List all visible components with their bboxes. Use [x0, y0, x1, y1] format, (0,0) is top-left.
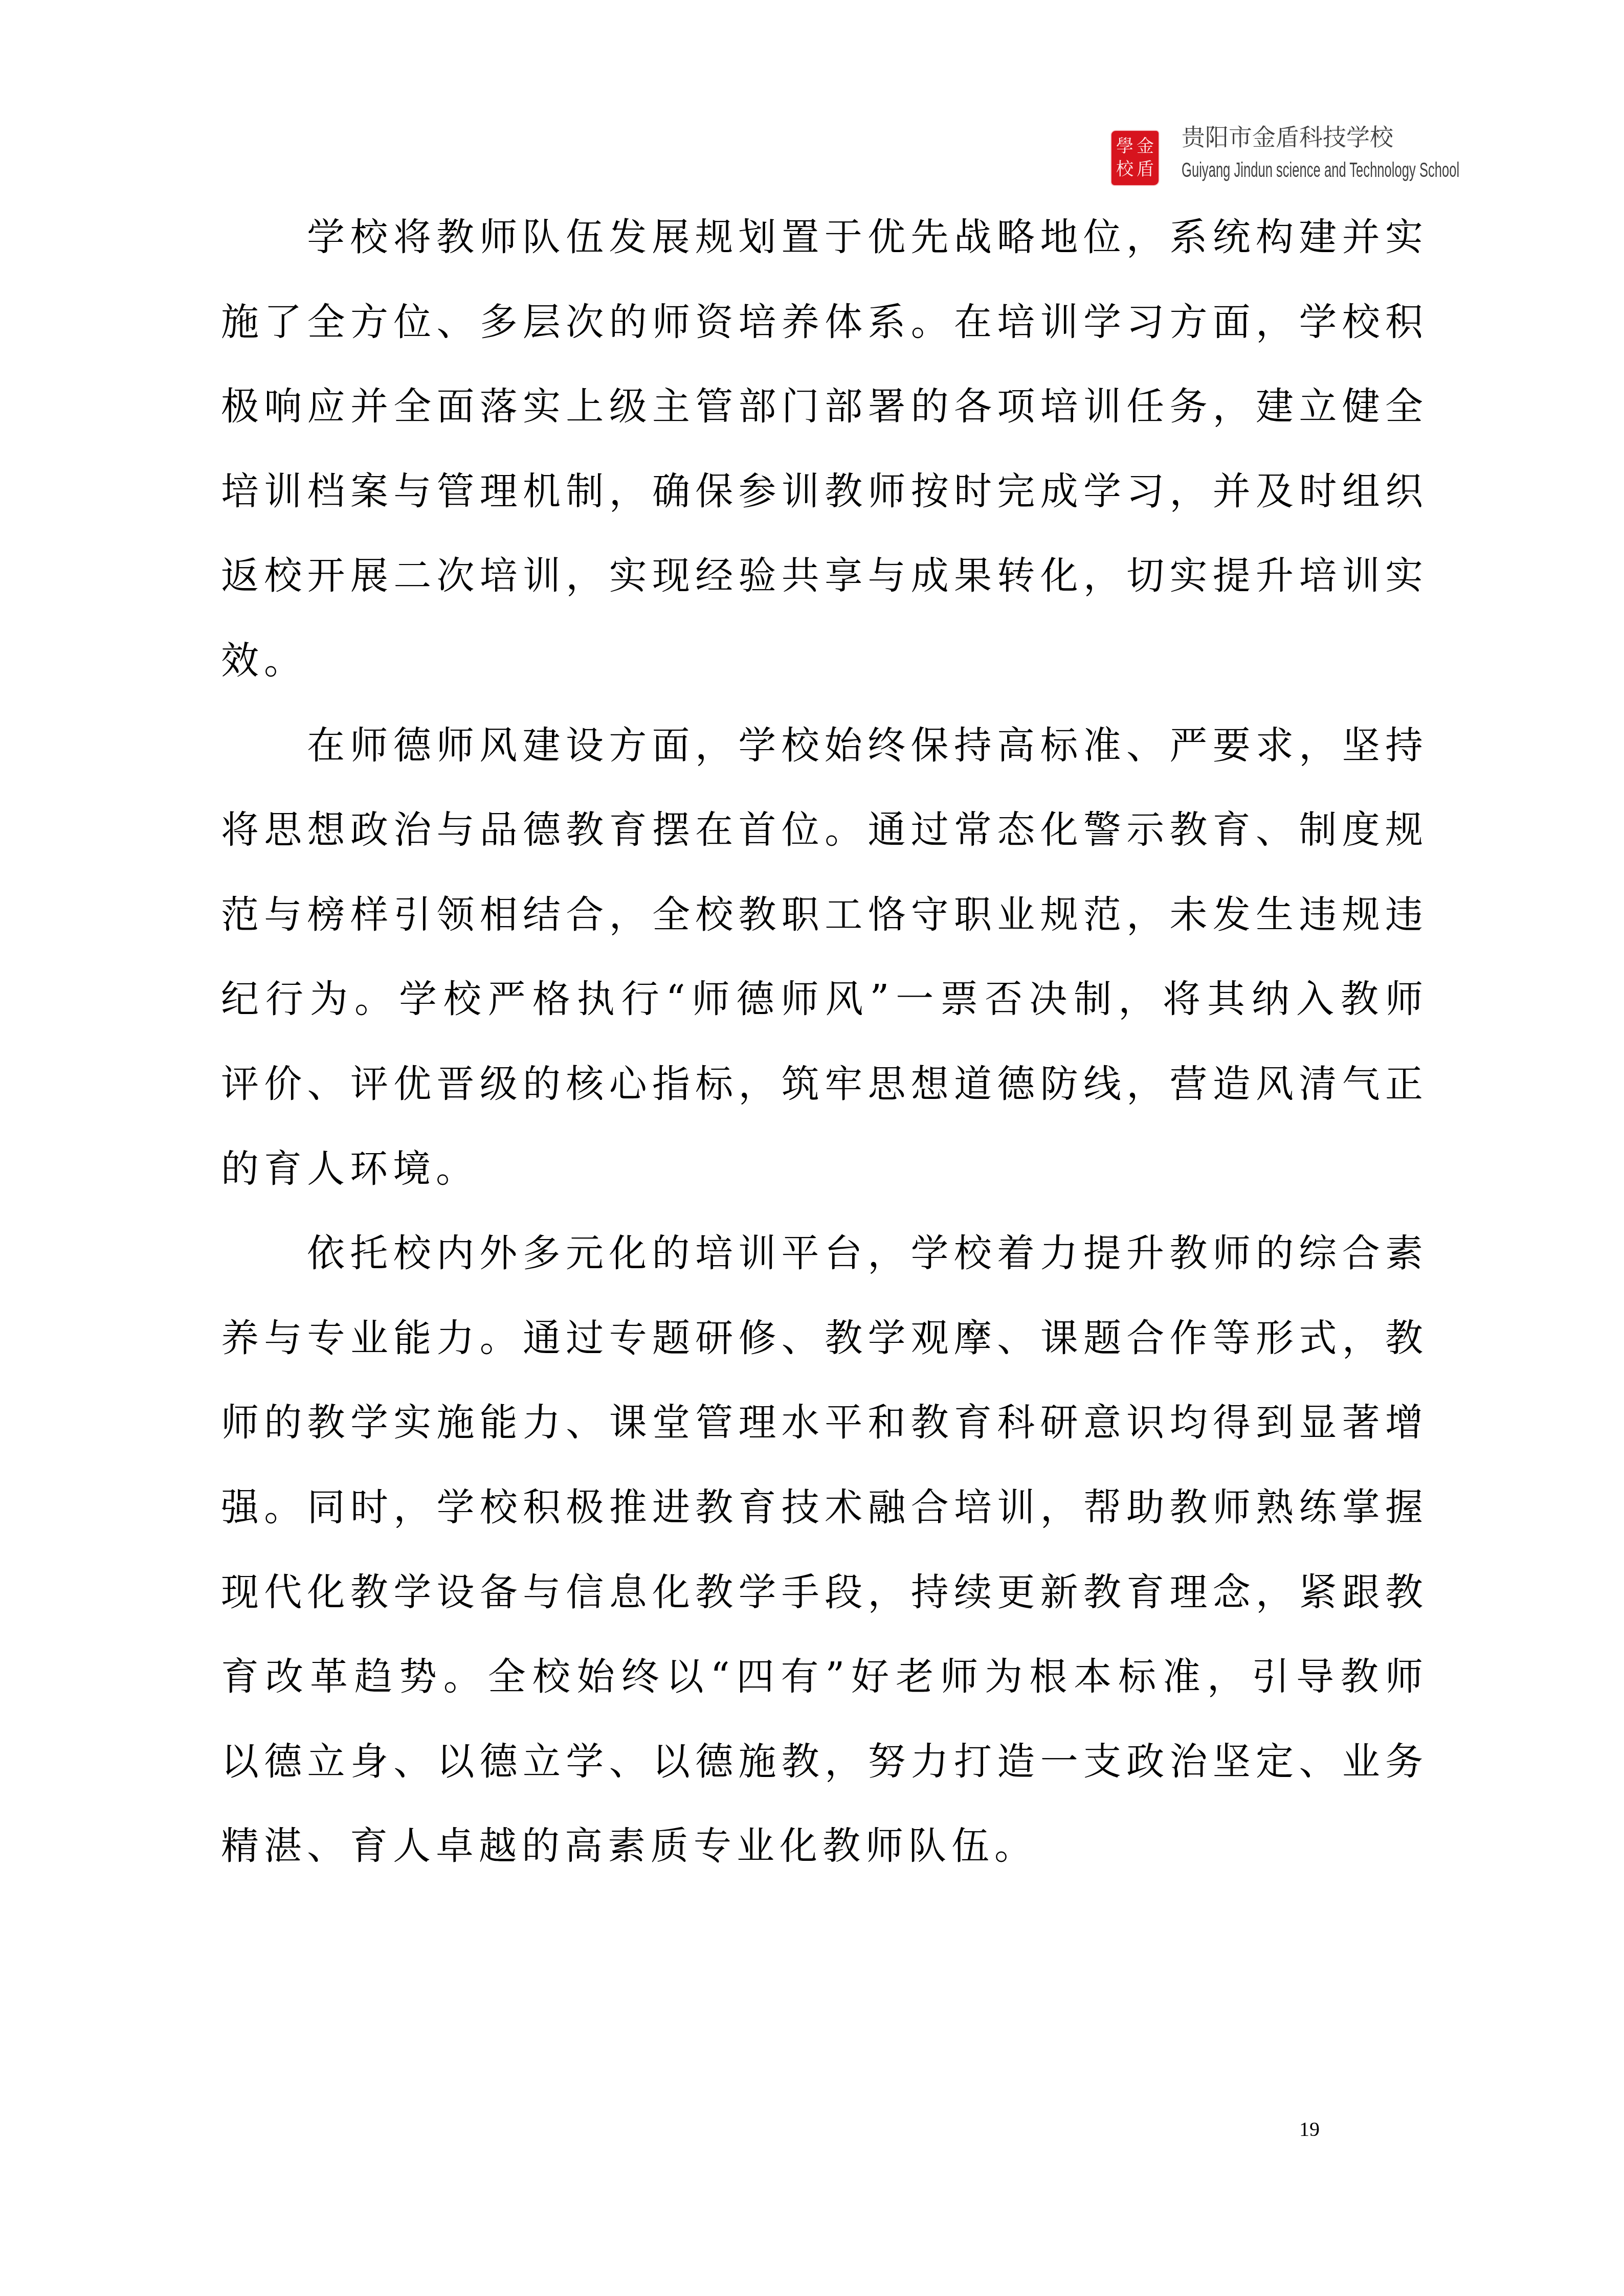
paragraph: 在师德师风建设方面，学校始终保持高标准、严要求，坚持 将思想政治与品德教育摆在首… — [221, 704, 1428, 1212]
school-name-chinese: 贵阳市金盾科技学校 — [1182, 123, 1393, 151]
document-page: 學 金 校 盾 贵阳市金盾科技学校 Guiyang Jindun science… — [0, 0, 1624, 2296]
text-line: 评价、评优晋级的核心指标，筑牢思想道德防线，营造风清气正 — [221, 1042, 1428, 1127]
text-line: 的育人环境。 — [221, 1127, 1428, 1212]
text-line: 依托校内外多元化的培训平台，学校着力提升教师的综合素 — [221, 1211, 1428, 1296]
text-line: 纪行为。学校严格执行“师德师风”一票否决制，将其纳入教师 — [221, 957, 1428, 1042]
text-line: 学校将教师队伍发展规划置于优先战略地位，系统构建并实 — [221, 195, 1428, 280]
text-line: 精湛、育人卓越的高素质专业化教师队伍。 — [221, 1804, 1428, 1889]
school-name-english: Guiyang Jindun science and Technology Sc… — [1182, 159, 1459, 182]
text-line: 在师德师风建设方面，学校始终保持高标准、严要求，坚持 — [221, 704, 1428, 789]
seal-char: 學 — [1115, 135, 1135, 158]
page-header: 學 金 校 盾 贵阳市金盾科技学校 Guiyang Jindun science… — [1109, 123, 1426, 189]
text-line: 师的教学实施能力、课堂管理水平和教育科研意识均得到显著增 — [221, 1381, 1428, 1466]
paragraph: 学校将教师队伍发展规划置于优先战略地位，系统构建并实 施了全方位、多层次的师资培… — [221, 195, 1428, 704]
school-seal-logo: 學 金 校 盾 — [1111, 131, 1159, 185]
seal-char: 金 — [1135, 135, 1155, 158]
text-line: 范与榜样引领相结合，全校教职工恪守职业规范，未发生违规违 — [221, 873, 1428, 958]
text-line: 现代化教学设备与信息化教学手段，持续更新教育理念，紧跟教 — [221, 1550, 1428, 1635]
seal-char: 盾 — [1135, 158, 1155, 181]
seal-char: 校 — [1115, 158, 1135, 181]
document-body: 学校将教师队伍发展规划置于优先战略地位，系统构建并实 施了全方位、多层次的师资培… — [221, 195, 1428, 1889]
text-line: 将思想政治与品德教育摆在首位。通过常态化警示教育、制度规 — [221, 788, 1428, 873]
text-line: 极响应并全面落实上级主管部门部署的各项培训任务，建立健全 — [221, 365, 1428, 449]
text-line: 强。同时，学校积极推进教育技术融合培训，帮助教师熟练掌握 — [221, 1466, 1428, 1550]
text-line: 以德立身、以德立学、以德施教，努力打造一支政治坚定、业务 — [221, 1720, 1428, 1805]
text-line: 效。 — [221, 619, 1428, 704]
text-line: 返校开展二次培训，实现经验共享与成果转化，切实提升培训实 — [221, 534, 1428, 619]
page-number: 19 — [1299, 2117, 1320, 2142]
text-line: 施了全方位、多层次的师资培养体系。在培训学习方面，学校积 — [221, 280, 1428, 365]
text-line: 育改革趋势。全校始终以“四有”好老师为根本标准，引导教师 — [221, 1635, 1428, 1720]
text-line: 养与专业能力。通过专题研修、教学观摩、课题合作等形式，教 — [221, 1296, 1428, 1381]
text-line: 培训档案与管理机制，确保参训教师按时完成学习，并及时组织 — [221, 449, 1428, 534]
paragraph: 依托校内外多元化的培训平台，学校着力提升教师的综合素 养与专业能力。通过专题研修… — [221, 1211, 1428, 1889]
